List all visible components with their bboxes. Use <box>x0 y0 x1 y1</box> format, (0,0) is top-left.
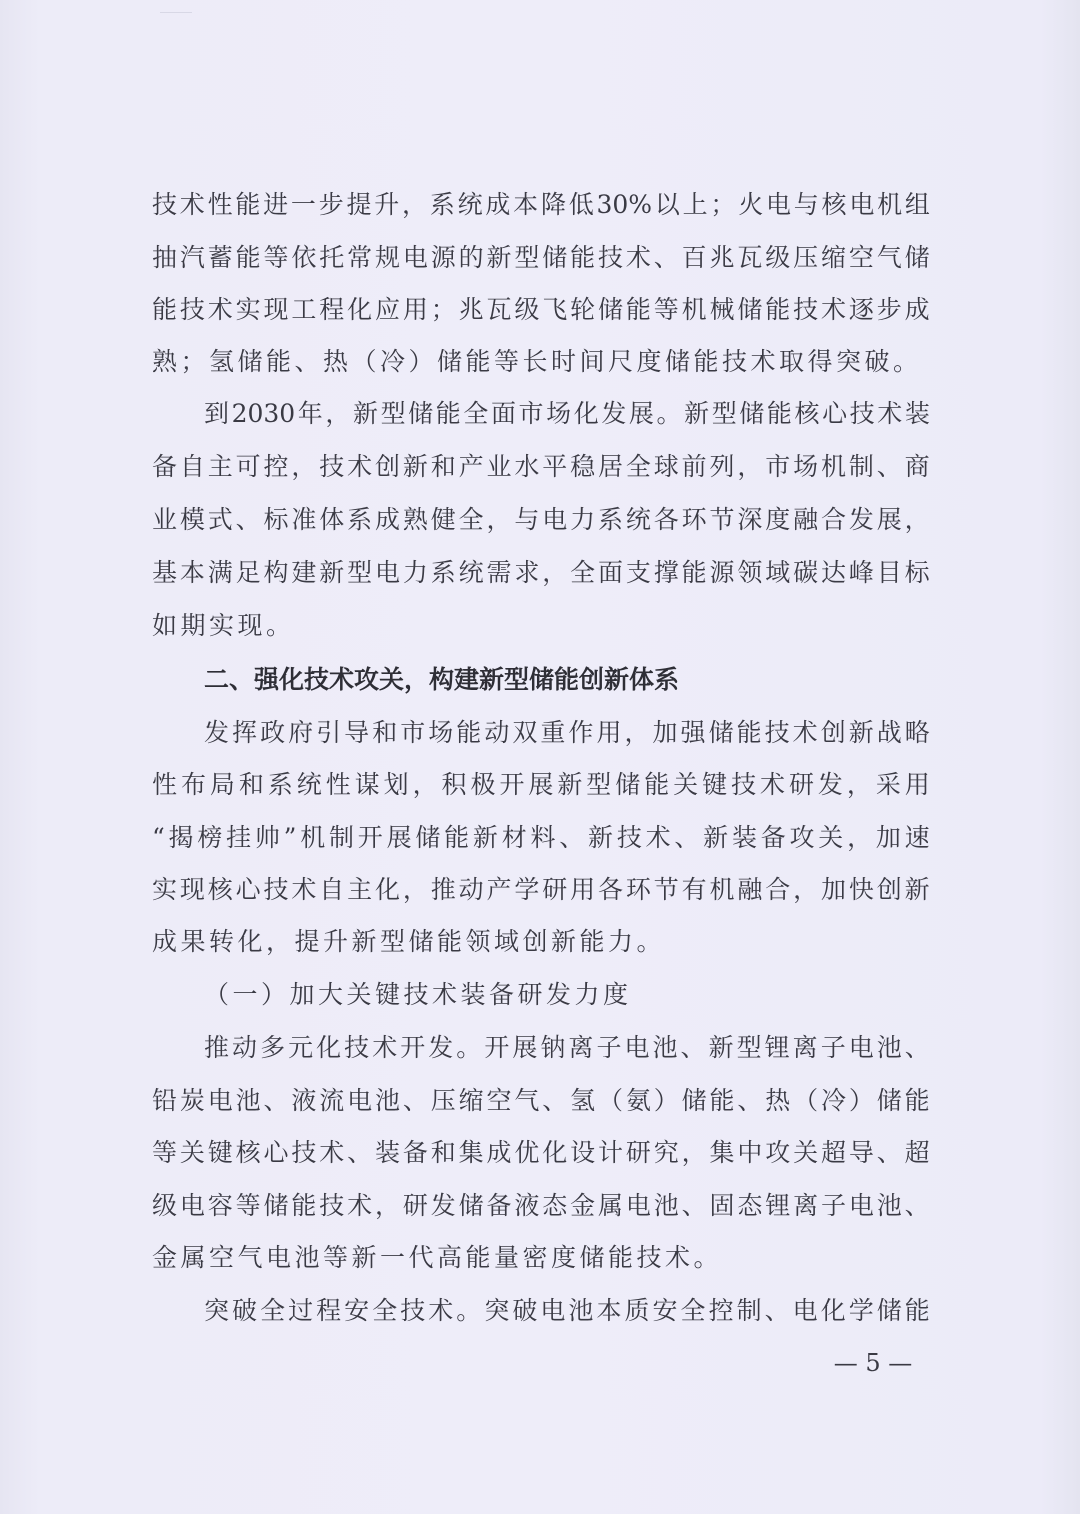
body-line: 性布局和系统性谋划，积极开展新型储能关键技术研发，采用 <box>152 765 930 805</box>
body-line: 等关键核心技术、装备和集成优化设计研究，集中攻关超导、超 <box>152 1133 930 1173</box>
page-number: — 5 — <box>828 1346 918 1380</box>
body-line: 抽汽蓄能等依托常规电源的新型储能技术、百兆瓦级压缩空气储 <box>152 238 930 278</box>
section-heading: 二、强化技术攻关，构建新型储能创新体系 <box>204 660 930 700</box>
body-line: 技术性能进一步提升，系统成本降低30%以上；火电与核电机组 <box>152 185 930 225</box>
paragraph-2030-line: 到2030年，新型储能全面市场化发展。新型储能核心技术装 <box>204 394 930 434</box>
document-page: 技术性能进一步提升，系统成本降低30%以上；火电与核电机组 抽汽蓄能等依托常规电… <box>0 0 1080 1514</box>
body-line: 备自主可控，技术创新和产业水平稳居全球前列，市场机制、商 <box>152 447 930 487</box>
body-line: “揭榜挂帅”机制开展储能新材料、新技术、新装备攻关，加速 <box>152 818 930 858</box>
body-line: 成果转化，提升新型储能领域创新能力。 <box>152 922 930 962</box>
body-line: 推动多元化技术开发。开展钠离子电池、新型锂离子电池、 <box>204 1028 930 1068</box>
body-line: 如期实现。 <box>152 606 930 646</box>
body-line: 级电容等储能技术，研发储备液态金属电池、固态锂离子电池、 <box>152 1186 930 1226</box>
subsection-heading: （一）加大关键技术装备研发力度 <box>204 975 930 1015</box>
body-line: 发挥政府引导和市场能动双重作用，加强储能技术创新战略 <box>204 713 930 753</box>
body-line: 能技术实现工程化应用；兆瓦级飞轮储能等机械储能技术逐步成 <box>152 290 930 330</box>
body-line: 铅炭电池、液流电池、压缩空气、氢（氨）储能、热（冷）储能 <box>152 1081 930 1121</box>
body-line: 基本满足构建新型电力系统需求，全面支撑能源领域碳达峰目标 <box>152 553 930 593</box>
body-line: 业模式、标准体系成熟健全，与电力系统各环节深度融合发展， <box>152 500 930 540</box>
body-line: 熟；氢储能、热（冷）储能等长时间尺度储能技术取得突破。 <box>152 342 930 382</box>
body-line: 突破全过程安全技术。突破电池本质安全控制、电化学储能 <box>204 1291 930 1331</box>
scan-artifact <box>160 12 192 13</box>
body-line: 金属空气电池等新一代高能量密度储能技术。 <box>152 1238 930 1278</box>
body-line: 实现核心技术自主化，推动产学研用各环节有机融合，加快创新 <box>152 870 930 910</box>
